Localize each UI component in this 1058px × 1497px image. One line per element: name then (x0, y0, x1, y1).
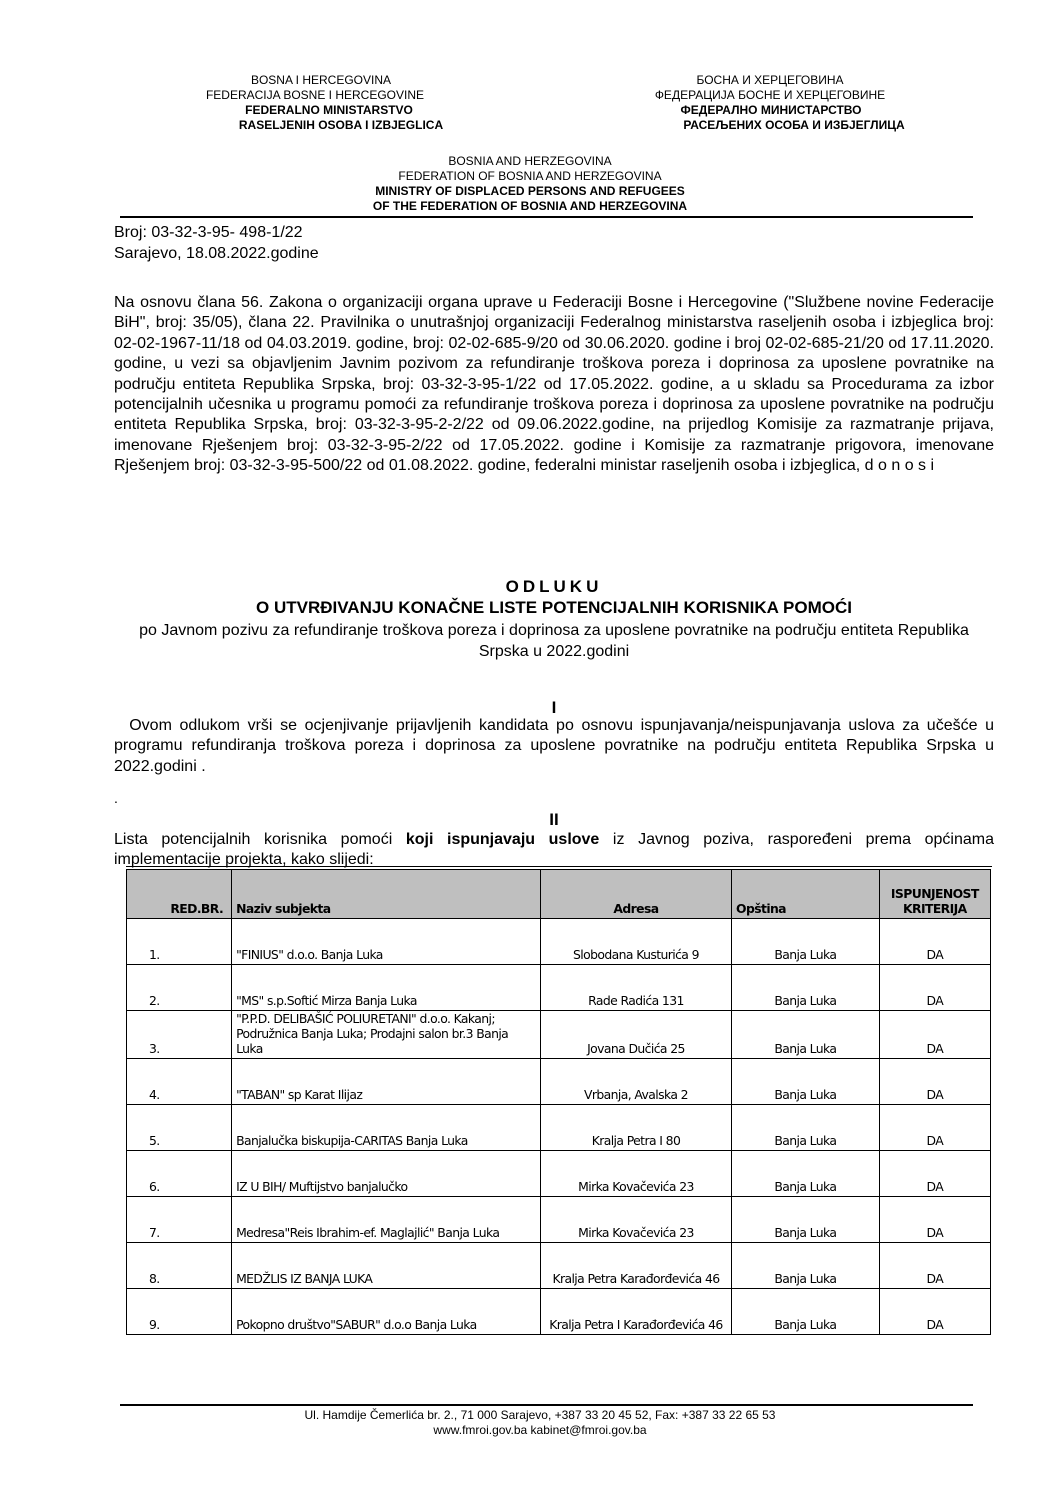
separator-dot: . (114, 790, 118, 806)
letterhead-line: FEDERALNO MINISTARSTVO (180, 103, 450, 118)
row-municipality: Banja Luka (732, 1151, 880, 1197)
row-municipality: Banja Luka (732, 1011, 880, 1059)
table-row: 7.Medresa"Reis Ibrahim-ef. Maglajlić" Ba… (127, 1197, 991, 1243)
row-number: 7. (127, 1197, 232, 1243)
row-number: 2. (127, 965, 232, 1011)
document-number: Broj: 03-32-3-95- 498-1/22 (114, 223, 303, 243)
table-row: 9.Pokopno društvo"SABUR" d.o.o Banja Luk… (127, 1289, 991, 1335)
row-name: "FINIUS" d.o.o. Banja Luka (232, 919, 541, 965)
table-row: 3."P.P.D. DELIBAŠIĆ POLIURETANI" d.o.o. … (127, 1011, 991, 1059)
letterhead-line: RASELJENIH OSOBA I IZBJEGLICA (180, 118, 450, 133)
decision-description: po Javnom pozivu za refundiranje troškov… (114, 620, 994, 662)
footer-divider (120, 1404, 973, 1406)
letterhead-line: FEDERACIJA BOSNE I HERCEGOVINE (180, 88, 450, 103)
row-name: Banjalučka biskupija-CARITAS Banja Luka (232, 1105, 541, 1151)
preamble-paragraph: Na osnovu člana 56. Zakona o organizacij… (114, 293, 994, 477)
header-divider (120, 216, 973, 218)
row-name: "MS" s.p.Softić Mirza Banja Luka (232, 965, 541, 1011)
row-address: Vrbanja, Avalska 2 (540, 1059, 731, 1105)
row-number: 4. (127, 1059, 232, 1105)
row-number: 1. (127, 919, 232, 965)
letterhead-line: БОСНА И ХЕРЦЕГОВИНА (620, 73, 920, 88)
row-municipality: Banja Luka (732, 1105, 880, 1151)
row-criteria: DA (879, 965, 990, 1011)
letterhead-english: BOSNIA AND HERZEGOVINA FEDERATION OF BOS… (280, 154, 780, 214)
table-body: 1."FINIUS" d.o.o. Banja LukaSlobodana Ku… (127, 919, 991, 1335)
letterhead-line: MINISTRY OF DISPLACED PERSONS AND REFUGE… (280, 184, 780, 199)
section-numeral-2: II (114, 810, 994, 830)
row-criteria: DA (879, 1151, 990, 1197)
footer-contact: www.fmroi.gov.ba kabinet@fmroi.gov.ba (100, 1423, 980, 1438)
row-name: Pokopno društvo"SABUR" d.o.o Banja Luka (232, 1289, 541, 1335)
row-name: "P.P.D. DELIBAŠIĆ POLIURETANI" d.o.o. Ka… (232, 1011, 541, 1059)
row-address: Mirka Kovačevića 23 (540, 1151, 731, 1197)
section-2-text-start: Lista potencijalnih korisnika pomoći (114, 831, 406, 848)
column-header-name: Naziv subjekta (232, 870, 541, 919)
table-row: 5.Banjalučka biskupija-CARITAS Banja Luk… (127, 1105, 991, 1151)
table-row: 8.MEDŽLIS IZ BANJA LUKAKralja Petra Kara… (127, 1243, 991, 1289)
row-address: Rade Radića 131 (540, 965, 731, 1011)
column-header-number: RED.BR. (127, 870, 232, 919)
row-municipality: Banja Luka (732, 919, 880, 965)
letterhead-line: ФЕДЕРАЛНО МИНИСТАРСТВО (620, 103, 920, 118)
row-name: MEDŽLIS IZ BANJA LUKA (232, 1243, 541, 1289)
row-name: Medresa"Reis Ibrahim-ef. Maglajlić" Banj… (232, 1197, 541, 1243)
letterhead-cyrillic: БОСНА И ХЕРЦЕГОВИНА ФЕДЕРАЦИЈА БОСНЕ И Х… (620, 73, 920, 133)
section-2-text: Lista potencijalnih korisnika pomoći koj… (114, 830, 994, 871)
row-municipality: Banja Luka (732, 1197, 880, 1243)
row-municipality: Banja Luka (732, 1243, 880, 1289)
letterhead-bosnian: BOSNA I HERCEGOVINA FEDERACIJA BOSNE I H… (180, 73, 450, 133)
letterhead-line: ФЕДЕРАЦИЈА БОСНЕ И ХЕРЦЕГОВИНЕ (620, 88, 920, 103)
column-header-municipality: Opština (732, 870, 880, 919)
row-criteria: DA (879, 1011, 990, 1059)
row-number: 9. (127, 1289, 232, 1335)
row-number: 3. (127, 1011, 232, 1059)
row-address: Mirka Kovačevića 23 (540, 1197, 731, 1243)
row-address: Jovana Dučića 25 (540, 1011, 731, 1059)
letterhead-line: BOSNIA AND HERZEGOVINA (280, 154, 780, 169)
footer-address: Ul. Hamdije Čemerlića br. 2., 71 000 Sar… (100, 1408, 980, 1423)
row-address: Kralja Petra I Karađorđevića 46 (540, 1289, 731, 1335)
section-1-text: Ovom odlukom vrši se ocjenjivanje prijav… (114, 716, 994, 777)
table-row: 2."MS" s.p.Softić Mirza Banja LukaRade R… (127, 965, 991, 1011)
row-municipality: Banja Luka (732, 1289, 880, 1335)
row-criteria: DA (879, 919, 990, 965)
decision-subtitle: O UTVRĐIVANJU KONAČNE LISTE POTENCIJALNI… (114, 598, 994, 618)
table-row: 1."FINIUS" d.o.o. Banja LukaSlobodana Ku… (127, 919, 991, 965)
beneficiaries-table: RED.BR. Naziv subjekta Adresa Opština IS… (126, 869, 991, 1335)
document-place-date: Sarajevo, 18.08.2022.godine (114, 244, 319, 264)
table-top-rule (126, 866, 992, 867)
table-row: 4."TABAN" sp Karat IlijazVrbanja, Avalsk… (127, 1059, 991, 1105)
row-name: "TABAN" sp Karat Ilijaz (232, 1059, 541, 1105)
row-number: 8. (127, 1243, 232, 1289)
section-numeral-1: I (114, 698, 994, 718)
letterhead-line: BOSNA I HERCEGOVINA (180, 73, 450, 88)
row-criteria: DA (879, 1243, 990, 1289)
table-header-row: RED.BR. Naziv subjekta Adresa Opština IS… (127, 870, 991, 919)
row-address: Kralja Petra I 80 (540, 1105, 731, 1151)
column-header-address: Adresa (540, 870, 731, 919)
row-criteria: DA (879, 1059, 990, 1105)
row-number: 6. (127, 1151, 232, 1197)
row-municipality: Banja Luka (732, 1059, 880, 1105)
column-header-criteria: ISPUNJENOST KRITERIJA (879, 870, 990, 919)
table-row: 6.IZ U BIH/ Muftijstvo banjalučkoMirka K… (127, 1151, 991, 1197)
row-address: Kralja Petra Karađorđevića 46 (540, 1243, 731, 1289)
letterhead-line: FEDERATION OF BOSNIA AND HERZEGOVINA (280, 169, 780, 184)
row-municipality: Banja Luka (732, 965, 880, 1011)
decision-title: ODLUKU (114, 577, 994, 597)
row-address: Slobodana Kusturića 9 (540, 919, 731, 965)
row-number: 5. (127, 1105, 232, 1151)
section-2-text-emphasis: koji ispunjavaju uslove (406, 831, 599, 848)
row-criteria: DA (879, 1289, 990, 1335)
row-criteria: DA (879, 1197, 990, 1243)
letterhead-line: OF THE FEDERATION OF BOSNIA AND HERZEGOV… (280, 199, 780, 214)
row-criteria: DA (879, 1105, 990, 1151)
row-name: IZ U BIH/ Muftijstvo banjalučko (232, 1151, 541, 1197)
letterhead-line: РАСЕЉЕНИХ ОСОБА И ИЗБЈЕГЛИЦА (620, 118, 920, 133)
